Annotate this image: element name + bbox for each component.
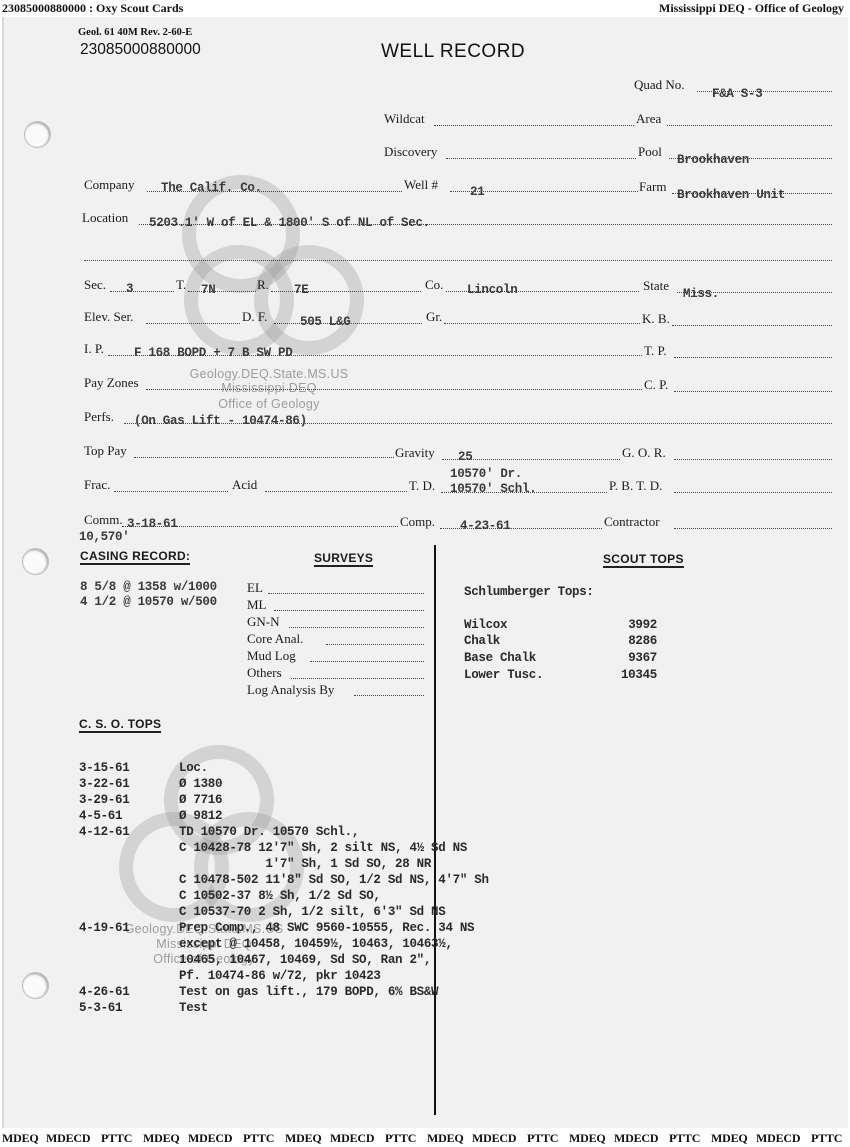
casing-record-heading: CASING RECORD: bbox=[80, 550, 190, 565]
formation-depth: 9367 bbox=[628, 651, 657, 665]
cso-entry: Pf. 10474-86 w/72, pkr 10423 bbox=[179, 969, 381, 983]
punch-hole bbox=[22, 972, 49, 999]
td-value-schl: 10570' Schl. bbox=[450, 482, 536, 496]
scout-top-row: Lower Tusc. 10345 bbox=[464, 668, 657, 684]
footer-credit: MDEQ bbox=[143, 1131, 180, 1146]
company-label: Company bbox=[84, 177, 135, 193]
survey-log-analysis-by: Log Analysis By bbox=[247, 682, 334, 698]
state-label: State bbox=[643, 278, 669, 294]
gravity-label: Gravity bbox=[395, 445, 435, 461]
scout-top-row: Chalk 8286 bbox=[464, 634, 657, 650]
cso-entry: Ø 1380 bbox=[179, 777, 222, 791]
footer-credit: PTTC bbox=[101, 1131, 132, 1146]
df-label: D. F. bbox=[242, 309, 267, 325]
company-value: The Calif. Co. bbox=[161, 181, 262, 195]
scout-top-row: Base Chalk 9367 bbox=[464, 651, 657, 667]
formation-name: Chalk bbox=[464, 634, 500, 648]
casing-row: 4 1/2 @ 10570 w/500 bbox=[80, 595, 217, 609]
range-value: 7E bbox=[294, 283, 308, 297]
comm-date-value: 3-18-61 bbox=[127, 517, 177, 531]
farm-label: Farm bbox=[639, 179, 666, 195]
form-code: Geol. 61 40M Rev. 2-60-E bbox=[78, 27, 192, 38]
survey-core-anal: Core Anal. bbox=[247, 631, 303, 647]
formation-depth: 8286 bbox=[628, 634, 657, 648]
area-label: Area bbox=[636, 111, 661, 127]
top-pay-label: Top Pay bbox=[84, 443, 127, 459]
survey-el: EL bbox=[247, 580, 263, 596]
county-label: Co. bbox=[425, 277, 443, 293]
sec-value: 3 bbox=[126, 282, 133, 296]
footer-credit: MDEQ bbox=[711, 1131, 748, 1146]
agency-title: Mississippi DEQ - Office of Geology bbox=[659, 1, 844, 16]
cso-entry: Loc. bbox=[179, 761, 208, 775]
cso-date: 4-5-61 bbox=[79, 809, 122, 823]
watermark-agency: Mississippi DEQ bbox=[189, 381, 349, 395]
well-record-card: Geology.DEQ.State.MS.US Mississippi DEQ … bbox=[2, 17, 848, 1128]
cso-date: 5-3-61 bbox=[79, 1001, 122, 1015]
total-depth-note: 10,570' bbox=[79, 530, 129, 544]
well-no-value: 21 bbox=[470, 185, 484, 199]
pay-zones-label: Pay Zones bbox=[84, 375, 139, 391]
wildcat-label: Wildcat bbox=[384, 111, 425, 127]
ip-label: I. P. bbox=[84, 341, 104, 357]
cso-entry: TD 10570 Dr. 10570 Schl., bbox=[179, 825, 359, 839]
comp-label: Comp. bbox=[400, 514, 435, 530]
gr-label: Gr. bbox=[426, 309, 442, 325]
township-label: T. bbox=[176, 277, 186, 293]
footer-credit: PTTC bbox=[527, 1131, 558, 1146]
well-no-label: Well # bbox=[404, 177, 438, 193]
location-label: Location bbox=[82, 210, 128, 226]
watermark-office: Office of Geology bbox=[189, 397, 349, 411]
cso-date: 4-26-61 bbox=[79, 985, 129, 999]
county-value: Lincoln bbox=[467, 283, 517, 297]
footer-credit: MDEQ bbox=[2, 1131, 39, 1146]
footer-credit: MDECD bbox=[614, 1131, 658, 1146]
page-header: 23085000880000 : Oxy Scout Cards Mississ… bbox=[0, 0, 850, 17]
td-value-drill: 10570' Dr. bbox=[450, 467, 522, 481]
footer-credit: MDECD bbox=[188, 1131, 232, 1146]
cso-entry: 1'7" Sh, 1 Sd SO, 28 NR bbox=[179, 857, 431, 871]
cso-entry: Ø 7716 bbox=[179, 793, 222, 807]
cso-entry: Ø 9812 bbox=[179, 809, 222, 823]
footer-credit: MDEQ bbox=[569, 1131, 606, 1146]
cso-entry: C 10502-37 8½ Sh, 1/2 Sd SO, bbox=[179, 889, 381, 903]
state-value: Miss. bbox=[683, 287, 719, 301]
footer-credit: PTTC bbox=[243, 1131, 274, 1146]
cso-entry: except @ 10458, 10459½, 10463, 10463½, bbox=[179, 937, 453, 951]
cso-date: 3-22-61 bbox=[79, 777, 129, 791]
punch-hole bbox=[24, 121, 51, 148]
gor-label: G. O. R. bbox=[622, 445, 666, 461]
survey-ml: ML bbox=[247, 597, 267, 613]
discovery-label: Discovery bbox=[384, 144, 437, 160]
comp-date-value: 4-23-61 bbox=[460, 519, 510, 533]
cso-entry: 10465, 10467, 10469, Sd SO, Ran 2", bbox=[179, 953, 431, 967]
cso-tops-heading: C. S. O. TOPS bbox=[79, 718, 161, 733]
punch-hole bbox=[22, 548, 49, 575]
township-value: 7N bbox=[201, 283, 215, 297]
footer-credit: MDECD bbox=[756, 1131, 800, 1146]
survey-gn-n: GN-N bbox=[247, 614, 280, 630]
casing-row: 8 5/8 @ 1358 w/1000 bbox=[80, 580, 217, 594]
watermark-ring-icon bbox=[254, 245, 364, 355]
cso-entry: Test on gas lift., 179 BOPD, 6% BS&W bbox=[179, 985, 438, 999]
frac-label: Frac. bbox=[84, 477, 110, 493]
footer-credit: PTTC bbox=[385, 1131, 416, 1146]
formation-depth: 3992 bbox=[628, 618, 657, 632]
pbtd-label: P. B. T. D. bbox=[609, 478, 662, 494]
document-title: 23085000880000 : Oxy Scout Cards bbox=[2, 1, 183, 16]
cso-date: 3-29-61 bbox=[79, 793, 129, 807]
farm-value: Brookhaven Unit bbox=[677, 188, 785, 202]
pool-label: Pool bbox=[638, 144, 662, 160]
cso-entry: Test bbox=[179, 1001, 208, 1015]
scout-tops-heading: SCOUT TOPS bbox=[603, 553, 684, 568]
formation-name: Base Chalk bbox=[464, 651, 536, 665]
form-title: WELL RECORD bbox=[381, 41, 525, 63]
document-id: 23085000880000 bbox=[80, 41, 201, 59]
comm-label: Comm. bbox=[84, 512, 123, 528]
column-divider bbox=[434, 545, 436, 1115]
sec-label: Sec. bbox=[84, 277, 106, 293]
quad-no-value: F&A S-3 bbox=[712, 87, 762, 101]
acid-label: Acid bbox=[232, 477, 257, 493]
cso-entry: C 10428-78 12'7" Sh, 2 silt NS, 4½ Sd NS bbox=[179, 841, 467, 855]
formation-name: Wilcox bbox=[464, 618, 507, 632]
footer-credit: MDEQ bbox=[285, 1131, 322, 1146]
elev-ser-label: Elev. Ser. bbox=[84, 309, 133, 325]
range-label: R. bbox=[257, 277, 269, 293]
perfs-value: (On Gas Lift - 10474-86) bbox=[134, 414, 307, 428]
scout-top-row: Wilcox 3992 bbox=[464, 618, 657, 634]
footer-credit: MDECD bbox=[46, 1131, 90, 1146]
watermark-url: Geology.DEQ.State.MS.US bbox=[189, 367, 349, 381]
cso-date: 4-19-61 bbox=[79, 921, 129, 935]
footer-credit: MDECD bbox=[472, 1131, 516, 1146]
cso-entry: C 10537-70 2 Sh, 1/2 silt, 6'3" Sd NS bbox=[179, 905, 445, 919]
tp-label: T. P. bbox=[644, 343, 667, 359]
formation-depth: 10345 bbox=[621, 668, 657, 682]
surveys-heading: SURVEYS bbox=[314, 552, 373, 567]
footer-credit: MDECD bbox=[330, 1131, 374, 1146]
cso-date: 4-12-61 bbox=[79, 825, 129, 839]
cp-label: C. P. bbox=[644, 377, 668, 393]
quad-no-label: Quad No. bbox=[634, 77, 685, 93]
footer-credit: MDEQ bbox=[427, 1131, 464, 1146]
pool-value: Brookhaven bbox=[677, 153, 749, 167]
perfs-label: Perfs. bbox=[84, 409, 114, 425]
cso-date: 3-15-61 bbox=[79, 761, 129, 775]
survey-mud-log: Mud Log bbox=[247, 648, 296, 664]
formation-name: Lower Tusc. bbox=[464, 668, 543, 682]
footer-credits: MDEQ MDECD PTTC MDEQ MDECD PTTC MDEQ MDE… bbox=[0, 1128, 850, 1147]
footer-credit: PTTC bbox=[669, 1131, 700, 1146]
ip-value: F 168 BOPD + 7 B SW PD bbox=[134, 346, 292, 360]
td-label: T. D. bbox=[409, 478, 435, 494]
scout-tops-subheading: Schlumberger Tops: bbox=[464, 585, 594, 599]
location-value: 5203.1' W of EL & 1800' S of NL of Sec. bbox=[149, 216, 430, 230]
contractor-label: Contractor bbox=[604, 514, 660, 530]
gravity-value: 25 bbox=[458, 450, 472, 464]
df-value: 505 L&G bbox=[300, 315, 350, 329]
footer-credit: PTTC bbox=[811, 1131, 842, 1146]
kb-label: K. B. bbox=[642, 311, 670, 327]
cso-entry: Prep Comp., 48 SWC 9560-10555, Rec. 34 N… bbox=[179, 921, 474, 935]
survey-others: Others bbox=[247, 665, 282, 681]
cso-entry: C 10478-502 11'8" Sd SO, 1/2 Sd NS, 4'7"… bbox=[179, 873, 489, 887]
